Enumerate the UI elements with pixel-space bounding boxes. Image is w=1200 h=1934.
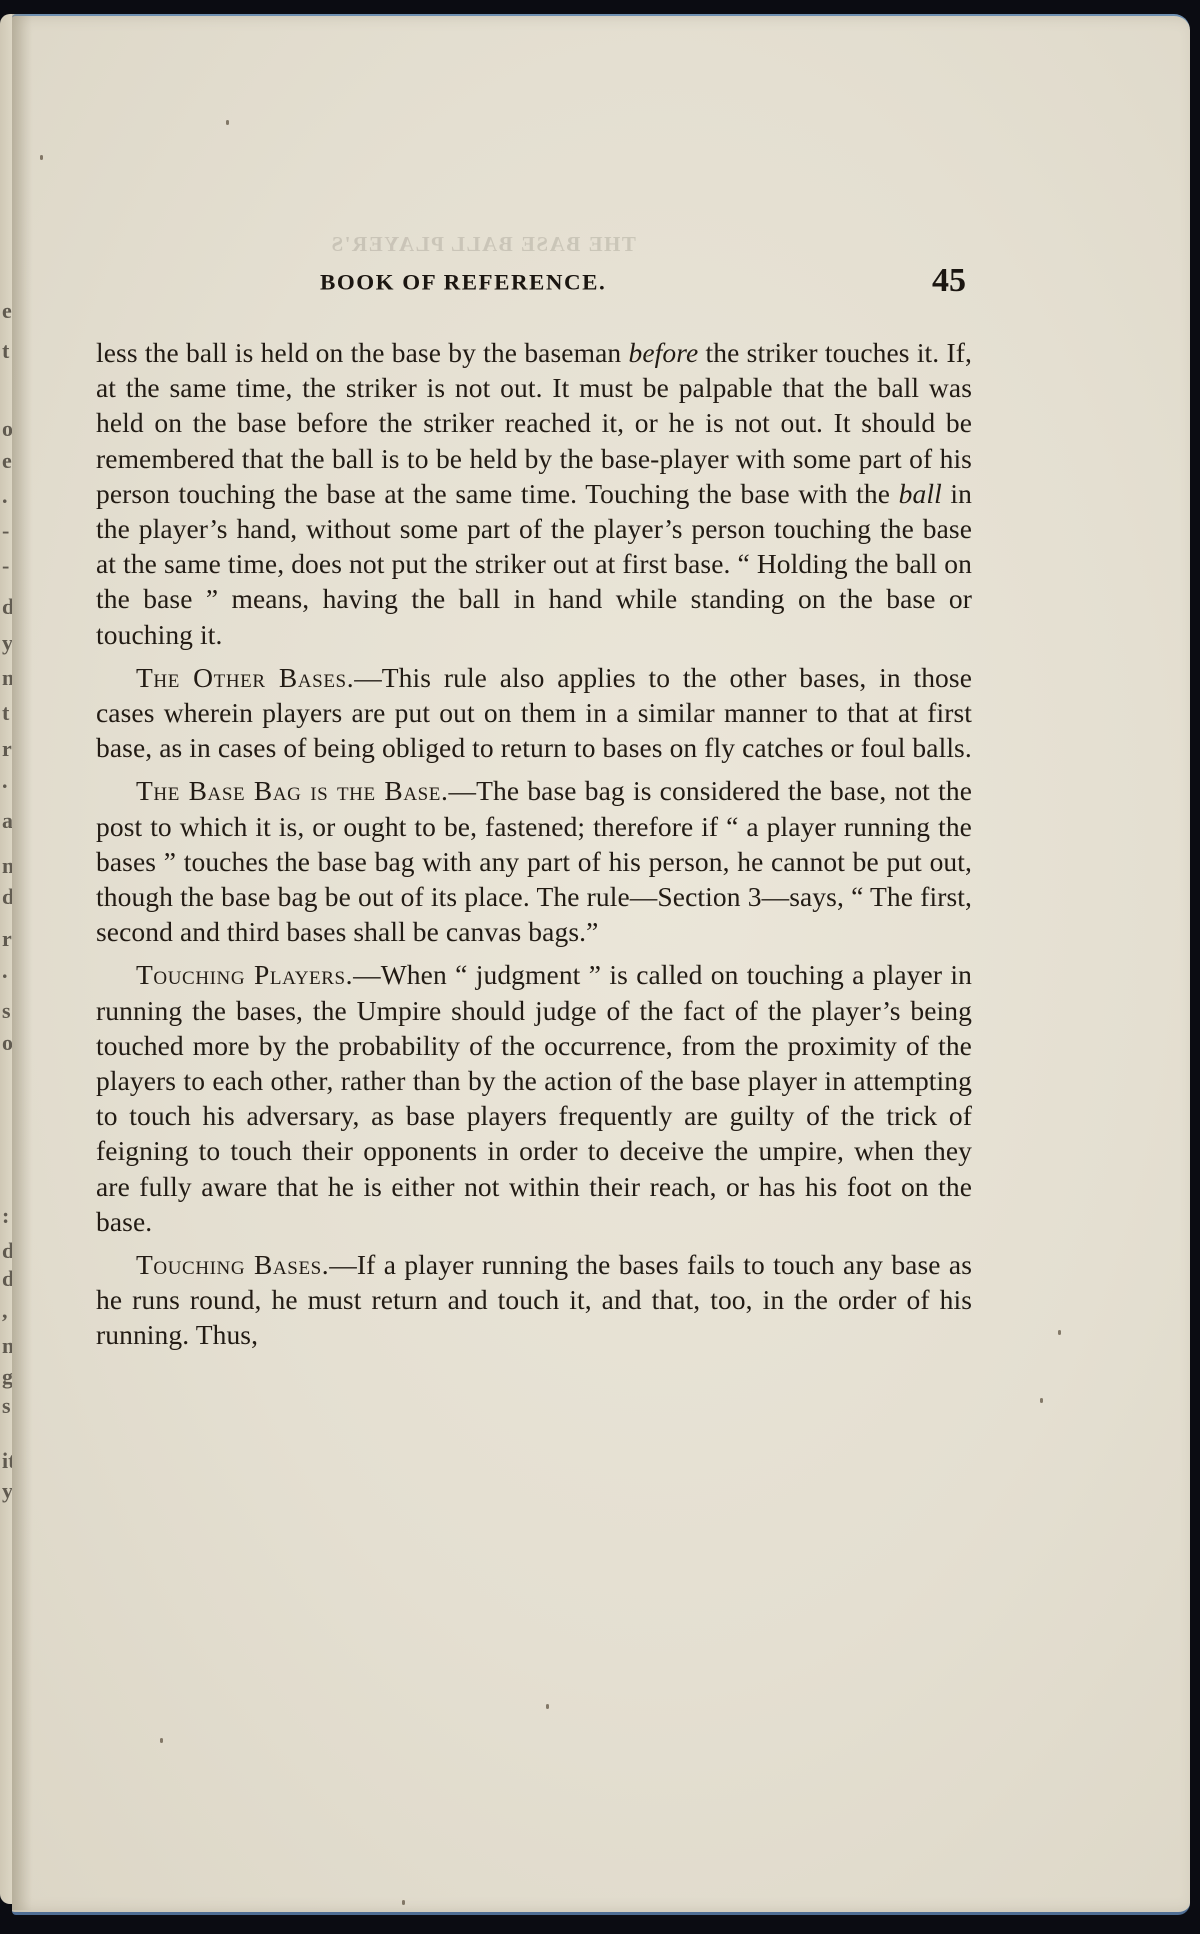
previous-page-glyph: r [2,928,12,950]
section-heading: The Base Bag is the Base. [136,775,449,806]
previous-page-glyph: t [2,702,9,724]
italic-text: before [628,337,698,368]
continuation-paragraph: less the ball is held on the base by the… [96,335,972,652]
section-other-bases: The Other Bases.—This rule also applies … [96,660,972,766]
section-base-bag: The Base Bag is the Base.—The base bag i… [96,773,972,949]
section-text: —When “ judgment ” is called on touching… [96,959,972,1236]
previous-page-glyph: - [2,520,9,542]
section-touching-bases: Touching Bases.—If a player running the … [96,1247,972,1353]
previous-page-glyph: . [2,960,8,982]
paper-speck [1058,1330,1061,1335]
previous-page-glyph: s [2,1000,11,1022]
text-run: less the ball is held on the base by the… [96,337,628,368]
previous-page-glyph: s [2,1395,11,1417]
paper-speck [402,1900,405,1905]
previous-page-glyph: - [2,555,9,577]
previous-page-glyph: r [2,738,12,760]
previous-page-glyph: . [2,485,8,507]
previous-page-glyph: : [2,1205,9,1227]
show-through-header: THE BASE BALL PLAYER'S [330,232,636,257]
previous-page-glyph: e [2,300,12,322]
previous-page-glyph: t [2,340,9,362]
running-head: BOOK OF REFERENCE. 45 [96,262,976,302]
running-head-title: BOOK OF REFERENCE. [320,271,606,296]
paper-speck [546,1704,549,1709]
section-touching-players: Touching Players.—When “ judgment ” is c… [96,957,972,1239]
previous-page-glyph: e [2,450,12,472]
paper-speck [1040,1398,1043,1403]
section-heading: Touching Players. [136,959,353,990]
paper-speck [160,1738,163,1743]
page-number: 45 [932,262,966,300]
paper-speck [226,120,229,125]
body-text: less the ball is held on the base by the… [96,335,972,1353]
italic-text: ball [899,478,942,509]
previous-page-glyph: . [2,770,8,792]
paper-speck [40,155,43,160]
section-heading: Touching Bases. [136,1249,329,1280]
section-heading: The Other Bases. [136,662,354,693]
previous-page-glyph: , [2,1300,8,1322]
